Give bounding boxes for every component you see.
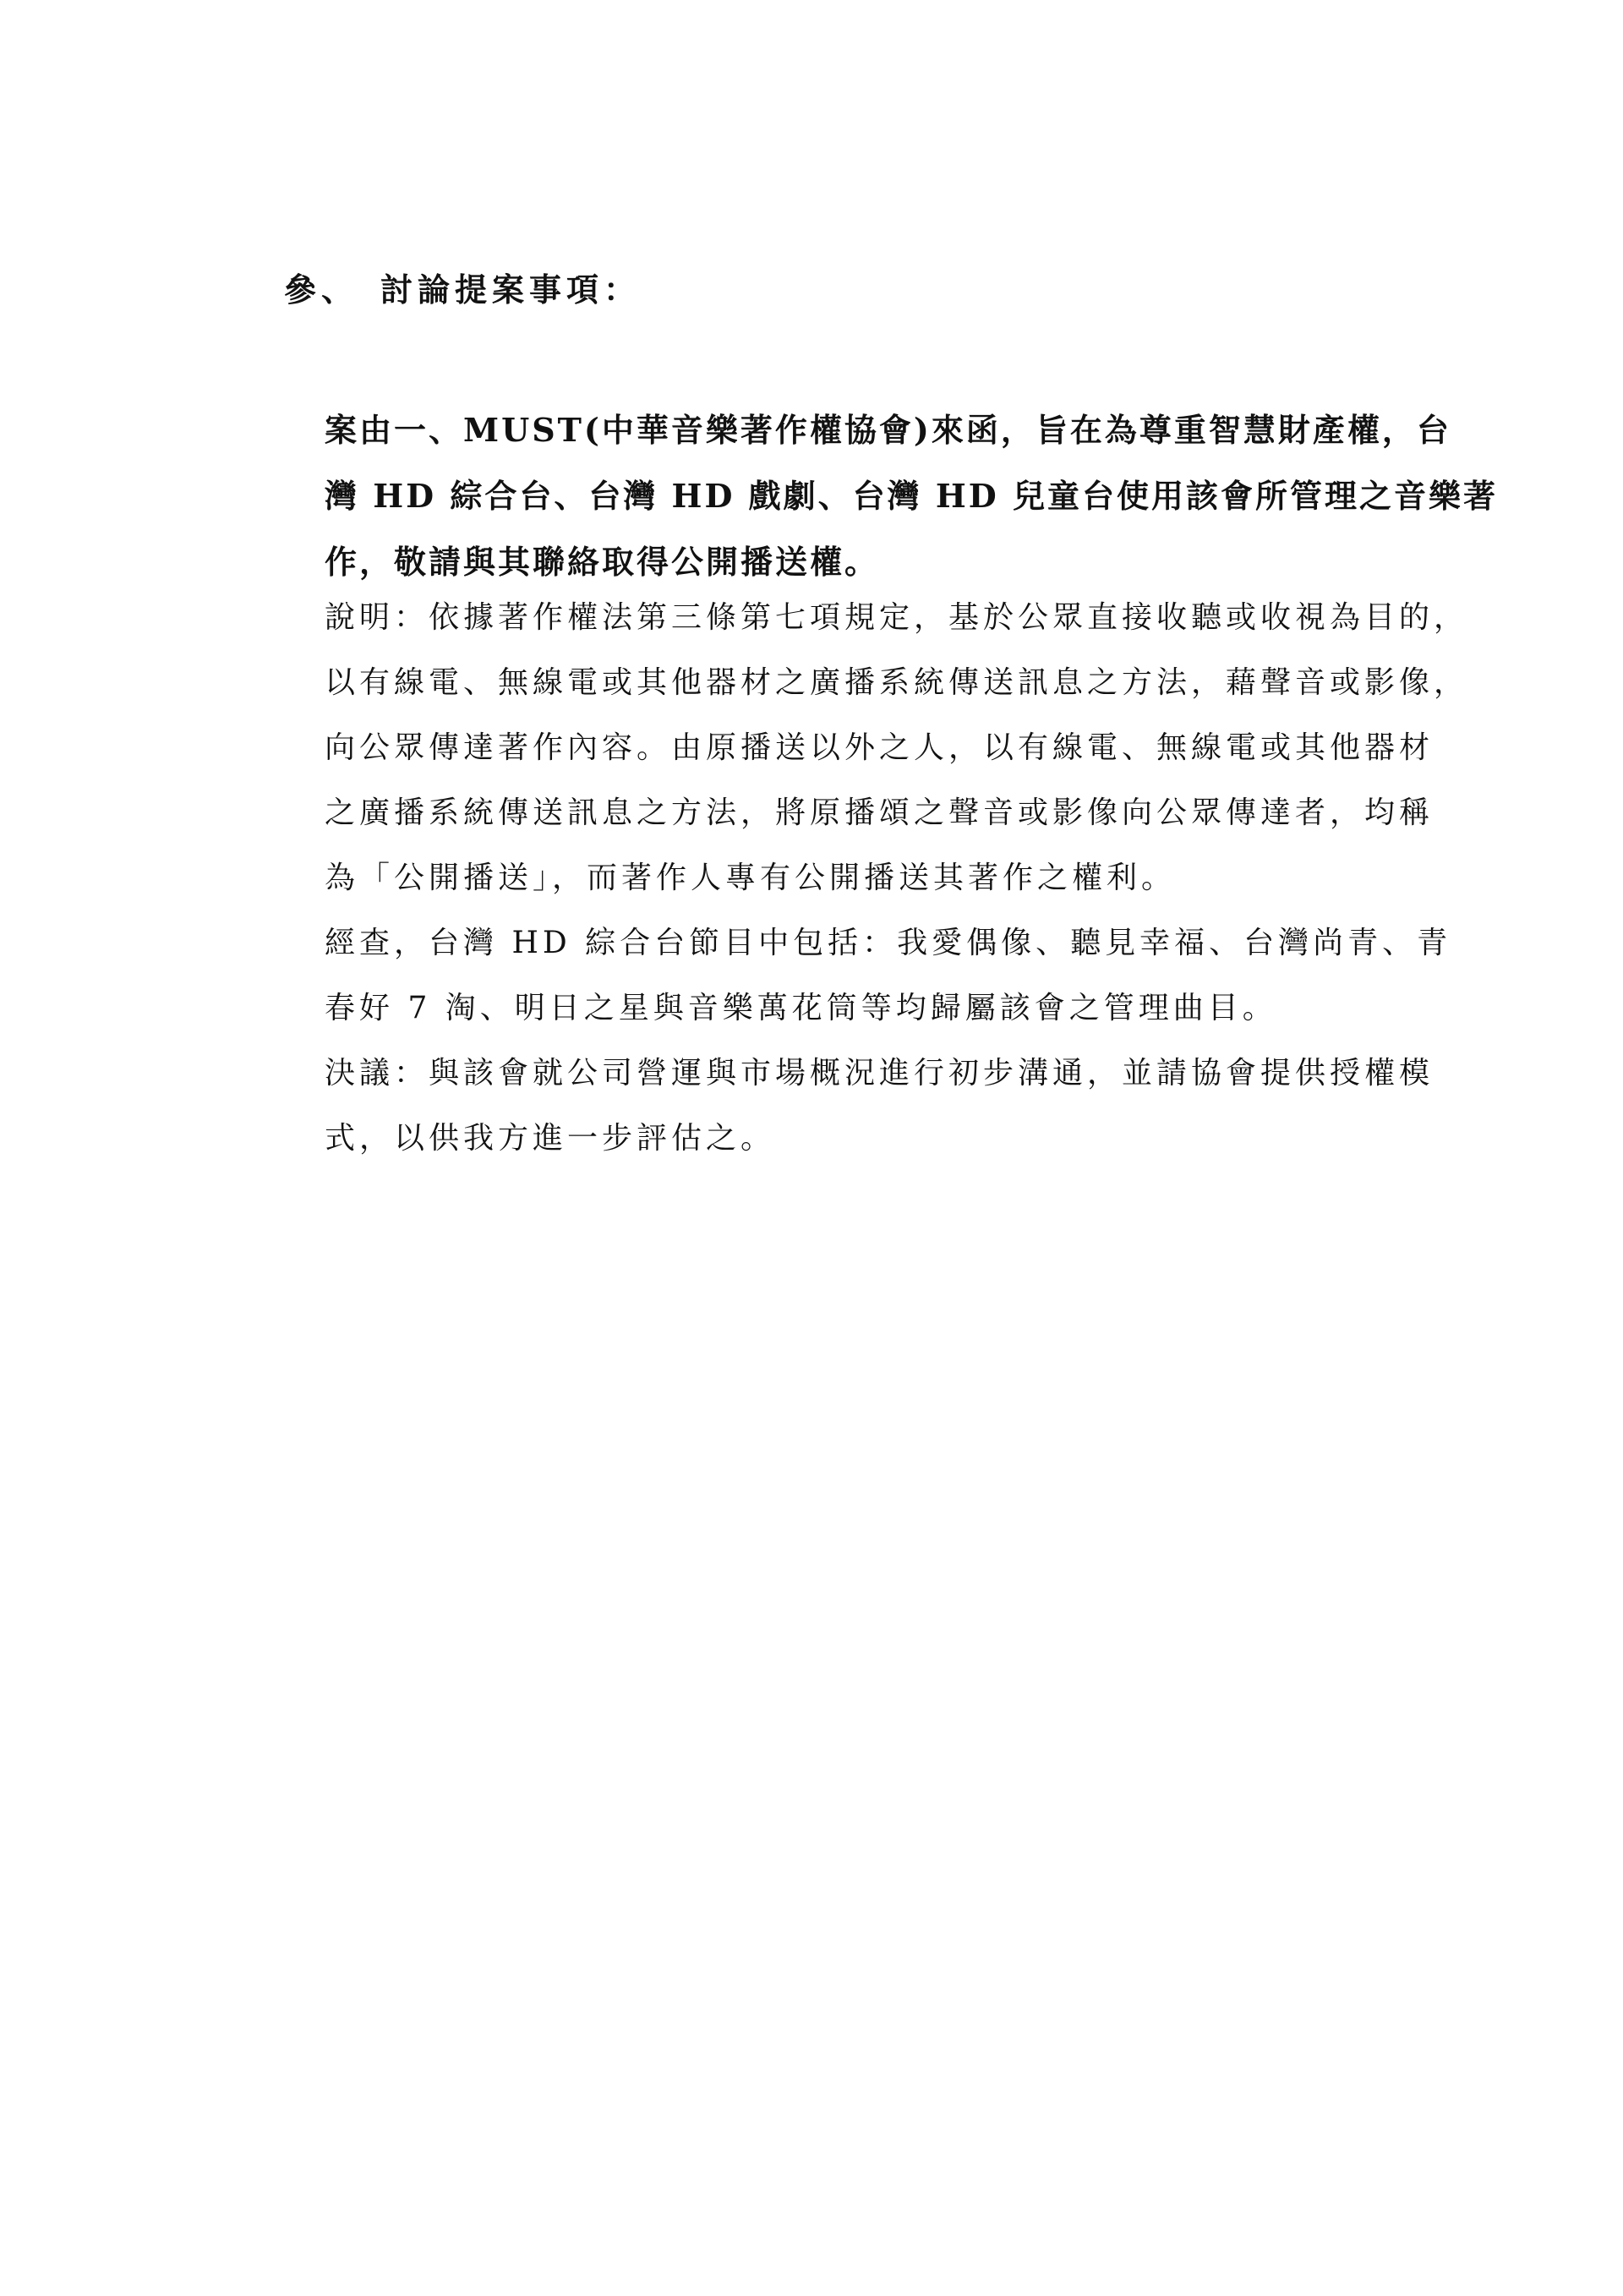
case-body: 說明：依據著作權法第三條第七項規定，基於公眾直接收聽或收視為目的， 以有線電、無… (325, 585, 1364, 1171)
explanation-paragraph: 說明：依據著作權法第三條第七項規定，基於公眾直接收聽或收視為目的， 以有線電、無… (325, 585, 1364, 910)
finding-line: 春好 7 淘、明日之星與音樂萬花筒等均歸屬該會之管理曲目。 (325, 976, 1364, 1041)
finding-paragraph: 經查，台灣 HD 綜合台節目中包括：我愛偶像、聽見幸福、台灣尚青、青 春好 7 … (325, 910, 1364, 1041)
explanation-line: 為「公開播送」，而著作人專有公開播送其著作之權利。 (325, 845, 1364, 910)
explanation-line: 說明：依據著作權法第三條第七項規定，基於公眾直接收聽或收視為目的， (325, 585, 1364, 650)
case-title-line: 灣 HD 綜合台、台灣 HD 戲劇、台灣 HD 兒童台使用該會所管理之音樂著 (325, 463, 1364, 529)
section-number: 參、 (284, 271, 358, 309)
section-heading: 參、討論提案事項： (284, 269, 641, 311)
section-title: 討論提案事項： (380, 271, 641, 309)
case-title: 案由一、MUST(中華音樂著作權協會)來函，旨在為尊重智慧財產權，台 灣 HD … (325, 397, 1364, 595)
explanation-line: 以有線電、無線電或其他器材之廣播系統傳送訊息之方法，藉聲音或影像， (325, 650, 1364, 715)
resolution-line: 決議：與該會就公司營運與市場概況進行初步溝通，並請協會提供授權模 (325, 1041, 1364, 1106)
resolution-line: 式，以供我方進一步評估之。 (325, 1106, 1364, 1171)
explanation-line: 向公眾傳達著作內容。由原播送以外之人，以有線電、無線電或其他器材 (325, 715, 1364, 780)
explanation-line: 之廣播系統傳送訊息之方法，將原播頌之聲音或影像向公眾傳達者，均稱 (325, 780, 1364, 845)
case-title-line: 案由一、MUST(中華音樂著作權協會)來函，旨在為尊重智慧財產權，台 (325, 397, 1364, 463)
document-page: 參、討論提案事項： 案由一、MUST(中華音樂著作權協會)來函，旨在為尊重智慧財… (0, 0, 1623, 2296)
resolution-paragraph: 決議：與該會就公司營運與市場概況進行初步溝通，並請協會提供授權模 式，以供我方進… (325, 1041, 1364, 1171)
finding-line: 經查，台灣 HD 綜合台節目中包括：我愛偶像、聽見幸福、台灣尚青、青 (325, 910, 1364, 976)
